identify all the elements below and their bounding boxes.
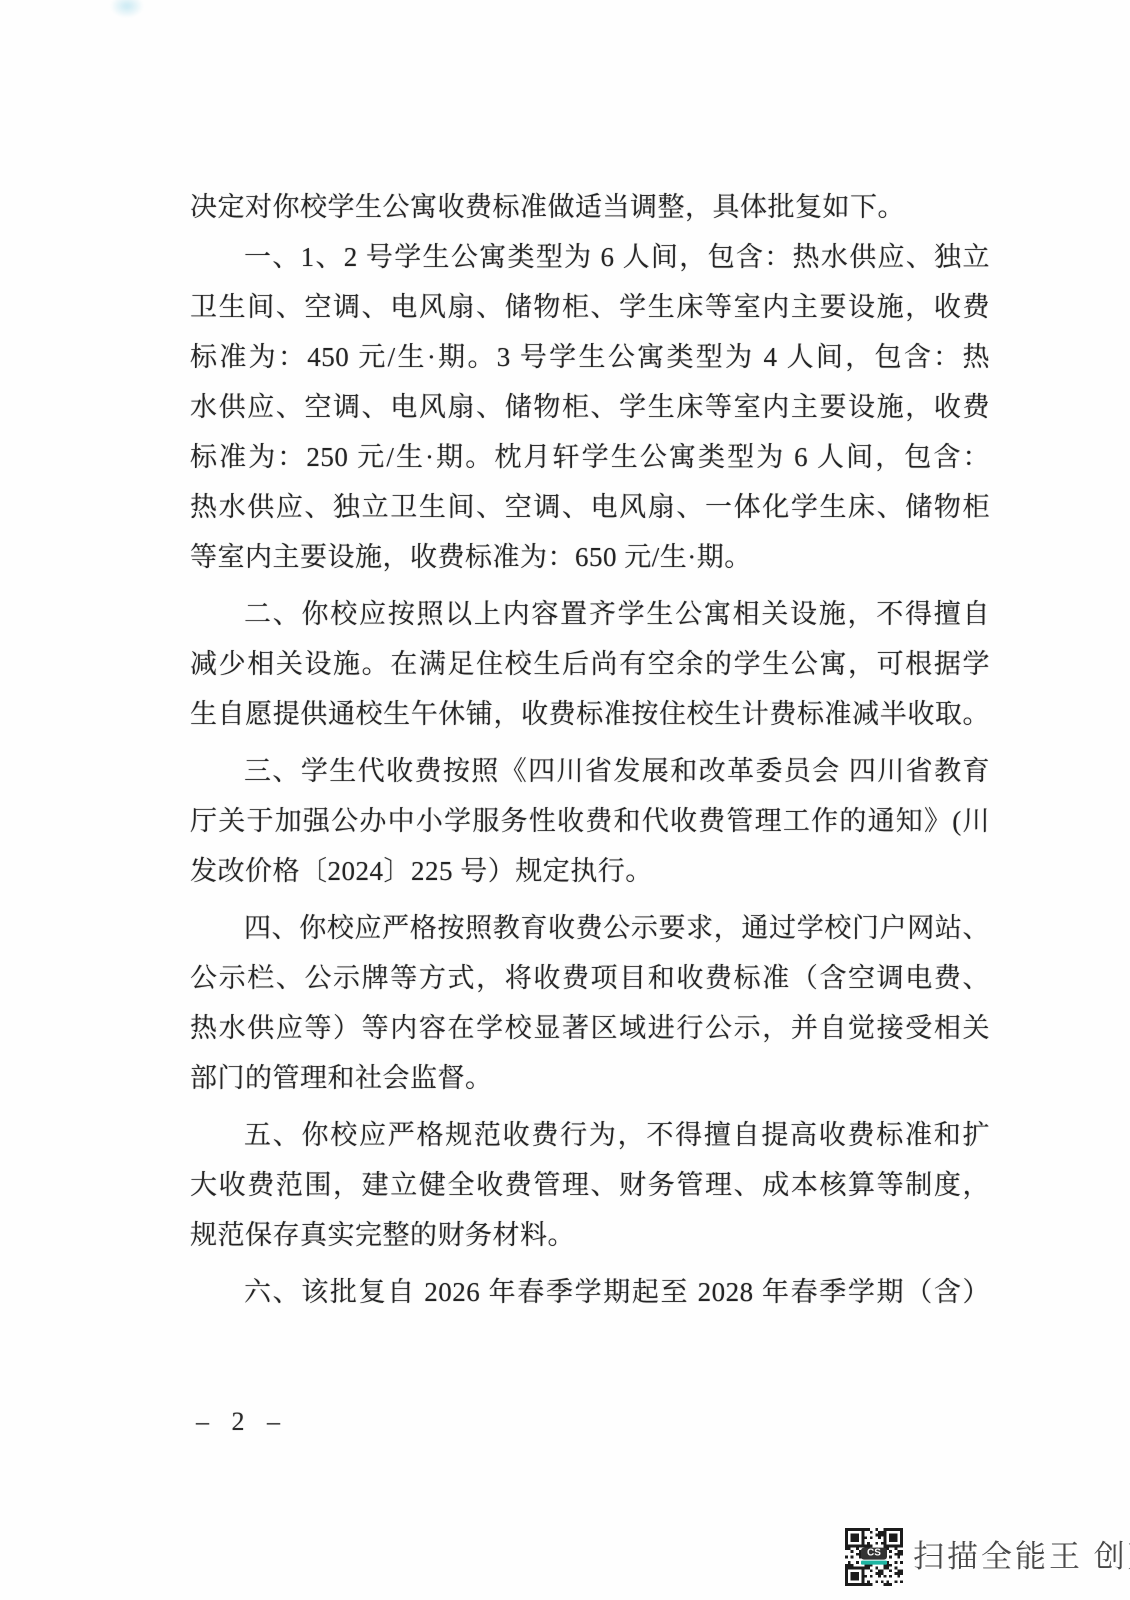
- text-line: 一、1、2 号学生公寓类型为 6 人间，包含：热水供应、独立: [190, 232, 990, 282]
- watermark-text: 扫描全能王 创建: [913, 1528, 1130, 1586]
- text-line: 三、学生代收费按照《四川省发展和改革委员会 四川省教育: [190, 746, 990, 796]
- page-number: – 2 –: [196, 1402, 282, 1442]
- text-line: 热水供应等）等内容在学校显著区域进行公示，并自觉接受相关: [190, 1003, 990, 1053]
- qr-cs-label: CS: [861, 1548, 887, 1560]
- text-line: 卫生间、空调、电风扇、储物柜、学生床等室内主要设施，收费: [190, 282, 990, 332]
- qr-cs-badge: CS: [861, 1548, 887, 1565]
- text-line: 减少相关设施。在满足住校生后尚有空余的学生公寓，可根据学: [190, 639, 990, 689]
- text-line: 五、你校应严格规范收费行为，不得擅自提高收费标准和扩: [190, 1110, 990, 1160]
- scan-smudge: [110, 0, 144, 18]
- text-line: 发改价格〔2024〕225 号）规定执行。: [190, 846, 990, 896]
- text-line: 规范保存真实完整的财务材料。: [190, 1210, 990, 1260]
- document-body: 决定对你校学生公寓收费标准做适当调整，具体批复如下。 一、1、2 号学生公寓类型…: [190, 182, 990, 1317]
- text-line: 二、你校应按照以上内容置齐学生公寓相关设施，不得擅自: [190, 589, 990, 639]
- text-line: 公示栏、公示牌等方式，将收费项目和收费标准（含空调电费、: [190, 953, 990, 1003]
- text-line: 生自愿提供通校生午休铺，收费标准按住校生计费标准减半收取。: [190, 689, 990, 739]
- camscanner-watermark: CS 扫描全能王 创建: [845, 1528, 1130, 1586]
- qr-accent-bar: [861, 1561, 887, 1565]
- text-line: 部门的管理和社会监督。: [190, 1053, 990, 1103]
- qr-code-icon: CS: [845, 1528, 903, 1586]
- text-line: 标准为：450 元/生·期。3 号学生公寓类型为 4 人间，包含：热: [190, 332, 990, 382]
- text-line: 六、该批复自 2026 年春季学期起至 2028 年春季学期（含）: [190, 1267, 990, 1317]
- text-line: 决定对你校学生公寓收费标准做适当调整，具体批复如下。: [190, 182, 990, 232]
- text-line: 热水供应、独立卫生间、空调、电风扇、一体化学生床、储物柜: [190, 482, 990, 532]
- text-line: 大收费范围，建立健全收费管理、财务管理、成本核算等制度，: [190, 1160, 990, 1210]
- text-line: 四、你校应严格按照教育收费公示要求，通过学校门户网站、: [190, 903, 990, 953]
- text-line: 等室内主要设施，收费标准为：650 元/生·期。: [190, 532, 990, 582]
- text-line: 水供应、空调、电风扇、储物柜、学生床等室内主要设施，收费: [190, 382, 990, 432]
- text-line: 标准为：250 元/生·期。枕月轩学生公寓类型为 6 人间，包含：: [190, 432, 990, 482]
- document-page: 决定对你校学生公寓收费标准做适当调整，具体批复如下。 一、1、2 号学生公寓类型…: [0, 0, 1130, 1600]
- text-line: 厅关于加强公办中小学服务性收费和代收费管理工作的通知》(川: [190, 796, 990, 846]
